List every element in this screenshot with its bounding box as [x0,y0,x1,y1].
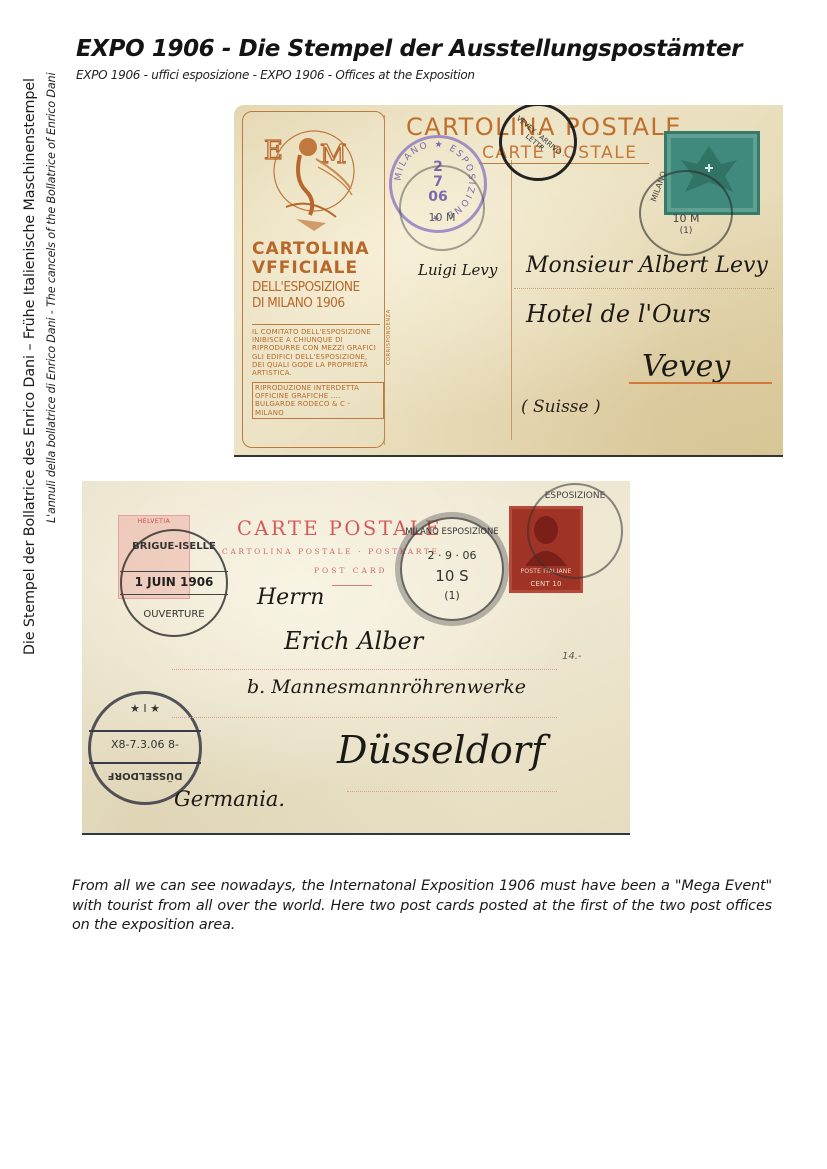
esposizione-cancel-top: ESPOSIZIONE [527,483,623,579]
address-line-2: Hotel de l'Ours [526,300,711,328]
svg-text:E: E [264,136,283,166]
print-subtitle-2: POST CARD [314,566,388,575]
city-underline [629,382,772,384]
side-title: Die Stempel der Bollatrice des Enrico Da… [22,78,38,655]
address-dotline-3 [347,791,557,792]
address-dotline-2 [172,717,557,718]
title-rule [332,585,372,586]
sender-signature: Luigi Levy [418,261,497,279]
official-card-heading: CARTOLINA VFFICIALE [252,240,370,278]
brigue-iselle-cancel: BRIGUE-ISELLE 1 JUIN 1906 OUVERTURE [120,529,228,637]
milano-esposizione-cancel: MILANO ESPOSIZIONE 2 · 9 · 06 10 S (1) [400,517,504,621]
copyright-notice: IL COMITATO DELL'ESPOSIZIONE INIBISCE A … [252,328,382,377]
address-line-3: b. Mannesmannröhrenwerke [247,676,526,698]
address-dotline [514,288,774,289]
address-line-4: Düsseldorf [337,728,545,772]
message-divider [511,160,512,440]
address-line-3: Vevey [642,349,730,384]
milano-cancel-left: 10 M [399,165,485,251]
address-line-1: Monsieur Albert Levy [526,253,768,278]
panel-rule [252,324,380,325]
milano-cancel-right: MILANO 10 M (1) [639,170,733,256]
vertical-imprint: CORRISPONDENZA [386,309,392,365]
address-line-5: Germania. [174,787,285,811]
page-subtitle: EXPO 1906 - uffici esposizione - EXPO 19… [76,68,475,82]
pencil-note: 14.- [562,651,582,662]
exposition-logo-icon: E M [256,119,356,239]
address-line-2: Erich Alber [284,627,423,655]
postcard-milano-to-vevey: E M CARTOLINA VFFICIALE DELL'ESPOSIZIONE… [234,105,783,455]
page-title: EXPO 1906 - Die Stempel der Ausstellungs… [76,36,742,62]
address-line-1: Herrn [257,585,324,610]
postcard-suisse-to-duesseldorf: HELVETIA CARTE POSTALE CARTOLINA POSTALE… [82,481,630,833]
side-subtitle: L'annuli della bollatrice di Enrico Dani… [45,73,58,523]
caption-text: From all we can see nowadays, the Intern… [72,877,772,936]
panel-divider [384,115,385,445]
printer-box: RIPRODUZIONE INTERDETTA OFFICINE GRAFICH… [252,382,384,419]
official-card-subheading: DELL'ESPOSIZIONE DI MILANO 1906 [252,279,360,311]
address-dotline-1 [172,669,557,670]
svg-text:M: M [320,140,347,170]
vevey-arrival-cancel: VEVEY · ARRIVO · LETTR. [499,105,577,181]
address-line-4: ( Suisse ) [521,397,601,417]
